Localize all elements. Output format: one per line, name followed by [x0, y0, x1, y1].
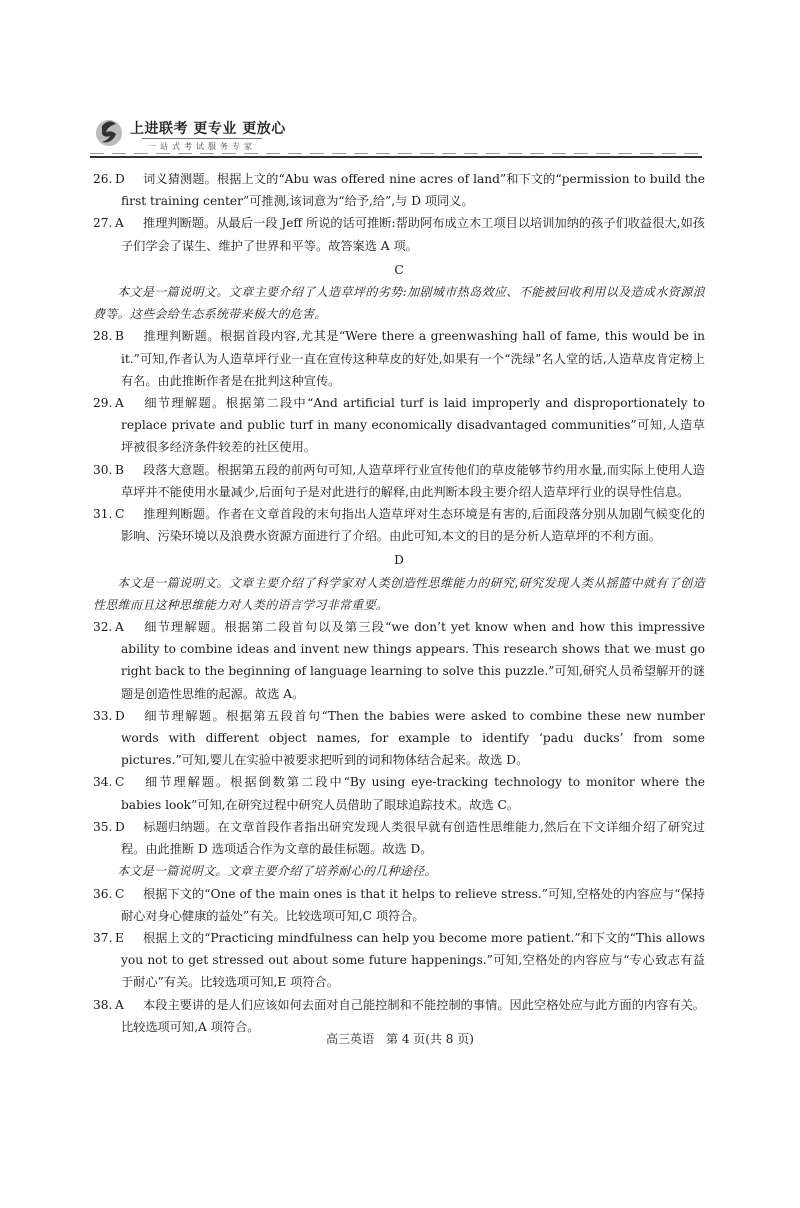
logo-icon [94, 116, 124, 150]
item-answer: C [115, 503, 143, 525]
item-answer: D [115, 168, 143, 190]
item-number: 38. [93, 994, 115, 1016]
logo-divider [142, 138, 262, 139]
answer-item: 34.C细节理解题。根据倒数第二段中“By using eye-tracking… [93, 771, 705, 815]
header-rule [90, 156, 702, 158]
item-explanation: 段落大意题。根据第五段的前两句可知,人造草坪行业宣传他们的草皮能够节约用水量,而… [121, 463, 705, 499]
section-heading-c: C [93, 259, 705, 281]
page-footer: 高三英语 第 4 页(共 8 页) [0, 1030, 800, 1047]
item-number: 37. [93, 927, 115, 949]
answer-item: 36.C根据下文的“One of the main ones is that i… [93, 883, 705, 927]
item-explanation: 词义猜测题。根据上文的“Abu was offered nine acres o… [121, 172, 705, 208]
logo-subtitle: 一站式考试服务专家 [148, 141, 256, 152]
item-explanation: 细节理解题。根据倒数第二段中“By using eye-tracking tec… [121, 775, 705, 811]
item-number: 30. [93, 459, 115, 481]
item-explanation: 细节理解题。根据第二段中“And artificial turf is laid… [121, 396, 705, 454]
item-answer: A [115, 616, 143, 638]
item-explanation: 标题归纳题。在文章首段作者指出研究发现人类很早就有创造性思维能力,然后在下文详细… [121, 820, 705, 856]
item-number: 35. [93, 816, 115, 838]
item-answer: B [115, 459, 143, 481]
answer-item: 30.B段落大意题。根据第五段的前两句可知,人造草坪行业宣传他们的草皮能够节约用… [93, 459, 705, 503]
section-heading-d: D [93, 549, 705, 571]
item-number: 34. [93, 771, 115, 793]
item-answer: A [115, 994, 143, 1016]
item-explanation: 本段主要讲的是人们应该如何去面对自己能控制和不能控制的事情。因此空格处应与此方面… [121, 998, 705, 1034]
section-summary-d: 本文是一篇说明文。文章主要介绍了科学家对人类创造性思维能力的研究,研究发现人类从… [93, 572, 705, 616]
item-answer: B [115, 325, 143, 347]
item-explanation: 根据下文的“One of the main ones is that it he… [121, 887, 705, 923]
item-explanation: 推理判断题。根据首段内容,尤其是“Were there a greenwashi… [121, 329, 705, 387]
item-answer: A [115, 392, 143, 414]
item-number: 27. [93, 212, 115, 234]
item-number: 28. [93, 325, 115, 347]
item-answer: A [115, 212, 143, 234]
answer-key-content: 26.D词义猜测题。根据上文的“Abu was offered nine acr… [93, 168, 705, 1038]
item-number: 31. [93, 503, 115, 525]
item-answer: E [115, 927, 143, 949]
answer-item: 29.A细节理解题。根据第二段中“And artificial turf is … [93, 392, 705, 459]
answer-item: 28.B推理判断题。根据首段内容,尤其是“Were there a greenw… [93, 325, 705, 392]
item-answer: D [115, 705, 143, 727]
item-answer: D [115, 816, 143, 838]
answer-item: 32.A细节理解题。根据第二段首句以及第三段“we don’t yet know… [93, 616, 705, 705]
item-number: 36. [93, 883, 115, 905]
answer-item: 33.D细节理解题。根据第五段首句“Then the babies were a… [93, 705, 705, 772]
answer-item: 26.D词义猜测题。根据上文的“Abu was offered nine acr… [93, 168, 705, 212]
page-header: 上进联考 更专业 更放心 一站式考试服务专家 [90, 114, 702, 160]
item-explanation: 推理判断题。从最后一段 Jeff 所说的话可推断:帮助阿布成立木工项目以培训加纳… [121, 216, 705, 252]
item-number: 33. [93, 705, 115, 727]
item-explanation: 推理判断题。作者在文章首段的末句指出人造草坪对生态环境是有害的,后面段落分别从加… [121, 507, 705, 543]
item-answer: C [115, 771, 143, 793]
item-explanation: 细节理解题。根据第五段首句“Then the babies were asked… [121, 709, 705, 767]
answer-item: 27.A推理判断题。从最后一段 Jeff 所说的话可推断:帮助阿布成立木工项目以… [93, 212, 705, 256]
header-rule-dashed [90, 153, 702, 154]
item-number: 32. [93, 616, 115, 638]
answer-item: 35.D标题归纳题。在文章首段作者指出研究发现人类很早就有创造性思维能力,然后在… [93, 816, 705, 860]
item-number: 26. [93, 168, 115, 190]
section-summary-c: 本文是一篇说明文。文章主要介绍了人造草坪的劣势:加剧城市热岛效应、不能被回收利用… [93, 281, 705, 325]
answer-item: 37.E根据上文的“Practicing mindfulness can hel… [93, 927, 705, 994]
answer-item: 31.C推理判断题。作者在文章首段的末句指出人造草坪对生态环境是有害的,后面段落… [93, 503, 705, 547]
section-summary-next: 本文是一篇说明文。文章主要介绍了培养耐心的几种途径。 [93, 860, 705, 882]
logo-title: 上进联考 更专业 更放心 [130, 118, 286, 138]
item-number: 29. [93, 392, 115, 414]
item-answer: C [115, 883, 143, 905]
item-explanation: 根据上文的“Practicing mindfulness can help yo… [121, 931, 705, 989]
item-explanation: 细节理解题。根据第二段首句以及第三段“we don’t yet know whe… [121, 620, 705, 701]
